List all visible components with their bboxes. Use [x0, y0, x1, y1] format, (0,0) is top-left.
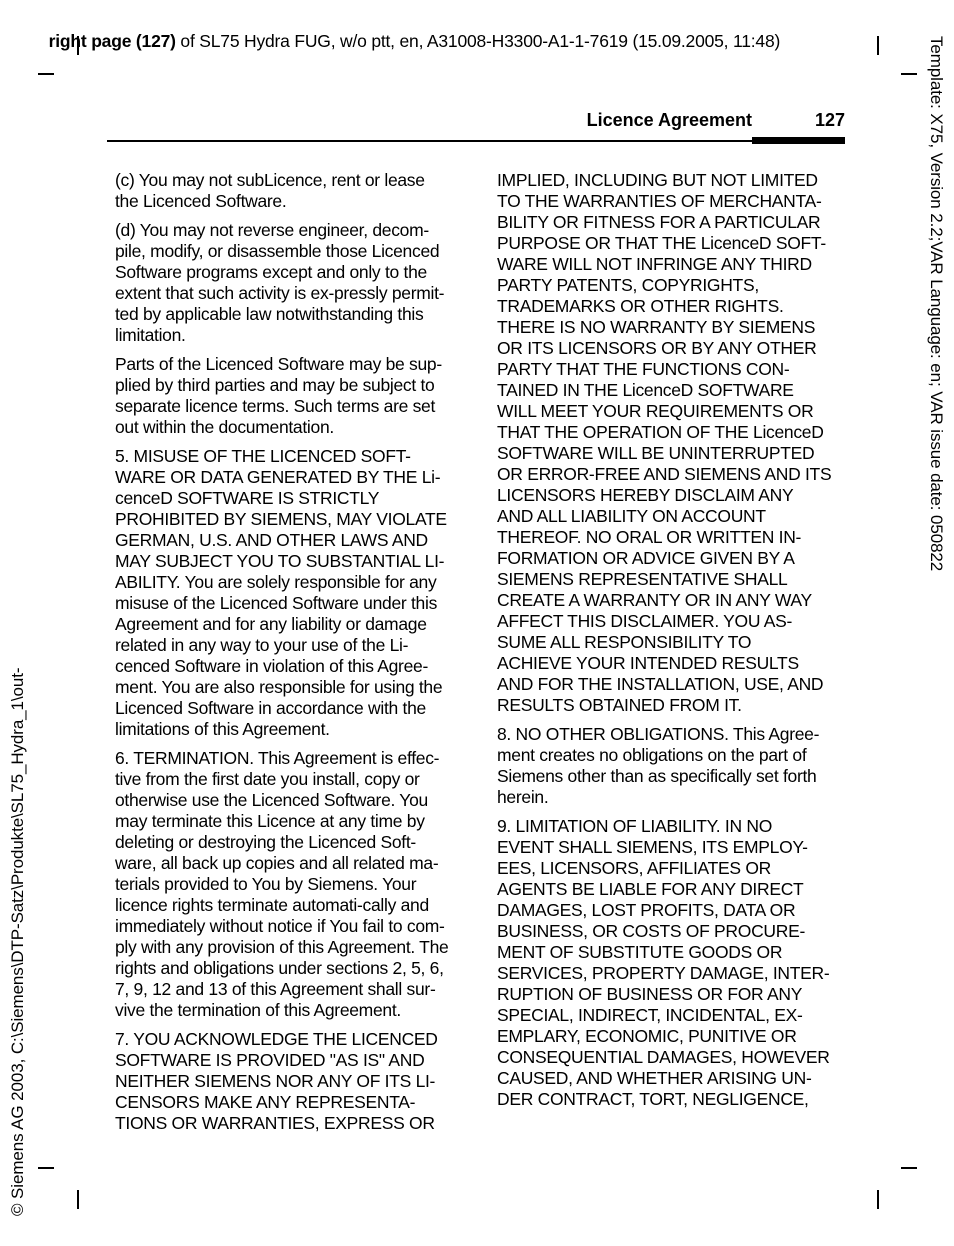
paragraph-c-sublicence: (c) You may not subLicence, rent or leas…: [115, 170, 471, 212]
side-note-copyright-path: © Siemens AG 2003, C:\Siemens\DTP-Satz\P…: [8, 532, 28, 1216]
proof-header-details: of SL75 Hydra FUG, w/o ptt, en, A31008-H…: [176, 31, 780, 51]
text-column-left: (c) You may not subLicence, rent or leas…: [115, 170, 471, 1142]
crop-mark-bottom-right-vertical: [877, 1190, 879, 1209]
proof-header-page-label: right page (127): [49, 31, 176, 51]
text-column-right: IMPLIED, INCLUDING BUT NOT LIMITED TO TH…: [497, 170, 853, 1118]
crop-mark-bottom-left-vertical: [77, 1190, 79, 1209]
paragraph-7-implied-warranties: IMPLIED, INCLUDING BUT NOT LIMITED TO TH…: [497, 170, 853, 716]
paragraph-third-parties: Parts of the Licenced Software may be su…: [115, 354, 471, 438]
running-header: Licence Agreement 127: [107, 110, 845, 131]
crop-mark-top-right-vertical: [877, 36, 879, 55]
paragraph-7-acknowledge: 7. YOU ACKNOWLEDGE THE LICENCED SOFTWARE…: [115, 1029, 471, 1134]
paragraph-6-termination: 6. TERMINATION. This Agreement is effec-…: [115, 748, 471, 1021]
paragraph-d-reverse-engineer: (d) You may not reverse engineer, decom-…: [115, 220, 471, 346]
crop-mark-bottom-right-horizontal: [901, 1167, 917, 1169]
crop-mark-top-left-vertical: [77, 36, 79, 55]
header-rule-thick-segment: [752, 137, 845, 144]
page-title: Licence Agreement: [587, 110, 752, 131]
header-rule: [107, 140, 845, 142]
paragraph-9-limitation-of-liability: 9. LIMITATION OF LIABILITY. IN NO EVENT …: [497, 816, 853, 1110]
side-note-template-info: Template: X75, Version 2.2;VAR Language:…: [926, 36, 946, 698]
proof-header: right page (127) of SL75 Hydra FUG, w/o …: [30, 10, 780, 73]
print-proof-page: right page (127) of SL75 Hydra FUG, w/o …: [0, 0, 954, 1246]
crop-mark-bottom-left-horizontal: [38, 1167, 54, 1169]
page-number: 127: [752, 110, 845, 131]
paragraph-8-no-other-obligations: 8. NO OTHER OBLIGATIONS. This Agree- men…: [497, 724, 853, 808]
crop-mark-top-right-horizontal: [901, 73, 917, 75]
crop-mark-top-left-horizontal: [38, 73, 54, 75]
paragraph-5-misuse: 5. MISUSE OF THE LICENCED SOFT- WARE OR …: [115, 446, 471, 740]
